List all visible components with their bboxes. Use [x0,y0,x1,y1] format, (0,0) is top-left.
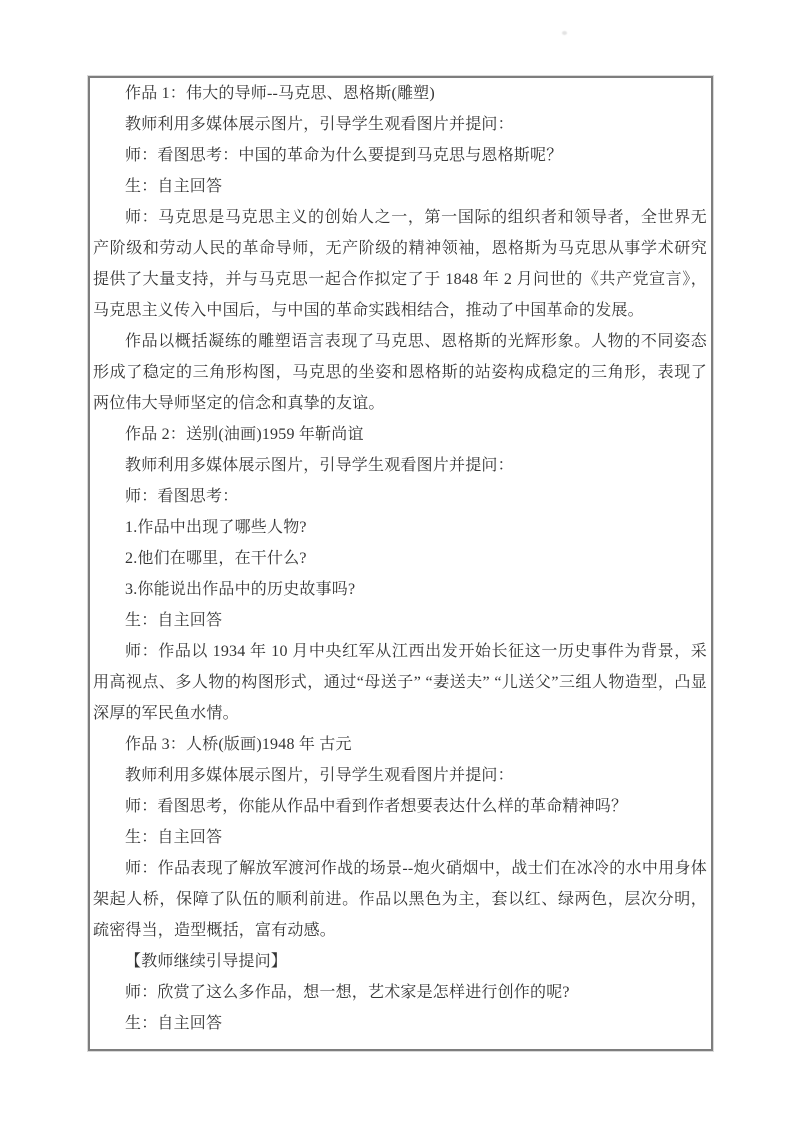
paragraph-student-answer-1: 生：自主回答 [93,171,707,202]
paragraph-teacher-shows-images-1: 教师利用多媒体展示图片，引导学生观看图片并提问： [93,109,707,140]
paragraph-artwork2-title: 作品 2：送别(油画)1959 年靳尚谊 [93,419,707,450]
paragraph-teacher-shows-images-2: 教师利用多媒体展示图片，引导学生观看图片并提问： [93,450,707,481]
paragraph-teacher-explanation-songbie: 师：作品以 1934 年 10 月中央红军从江西出发开始长征这一历史事件为背景，… [93,636,707,729]
paragraph-teacher-question-4: 师：欣赏了这么多作品，想一想，艺术家是怎样进行创作的呢? [93,977,707,1008]
scan-artifact-dot [562,31,567,35]
paragraph-teacher-shows-images-3: 教师利用多媒体展示图片，引导学生观看图片并提问： [93,760,707,791]
paragraph-teacher-explanation-marx: 师：马克思是马克思主义的创始人之一，第一国际的组织者和领导者，全世界无产阶级和劳… [93,202,707,326]
paragraph-teacher-explanation-renqiao: 师：作品表现了解放军渡河作战的场景--炮火硝烟中，战士们在冰冷的水中用身体架起人… [93,853,707,946]
paragraph-artwork1-title: 作品 1：伟大的导师--马克思、恩格斯(雕塑) [93,78,707,109]
paragraph-sculpture-analysis: 作品以概括凝练的雕塑语言表现了马克思、恩格斯的光辉形象。人物的不同姿态形成了稳定… [93,326,707,419]
paragraph-section-header-continue: 【教师继续引导提问】 [93,946,707,977]
paragraph-artwork3-title: 作品 3：人桥(版画)1948 年 古元 [93,729,707,760]
lesson-plan-table-cell: 作品 1：伟大的导师--马克思、恩格斯(雕塑) 教师利用多媒体展示图片，引导学生… [88,76,713,1051]
paragraph-student-answer-2: 生：自主回答 [93,605,707,636]
paragraph-teacher-question-2: 师：看图思考： [93,481,707,512]
paragraph-question-item-3: 3.你能说出作品中的历史故事吗? [93,574,707,605]
paragraph-student-answer-3: 生：自主回答 [93,822,707,853]
paragraph-question-item-1: 1.作品中出现了哪些人物? [93,512,707,543]
paragraph-teacher-question-3: 师：看图思考，你能从作品中看到作者想要表达什么样的革命精神吗？ [93,791,707,822]
scanned-document-page: 作品 1：伟大的导师--马克思、恩格斯(雕塑) 教师利用多媒体展示图片，引导学生… [0,0,800,1132]
paragraph-question-item-2: 2.他们在哪里，在干什么? [93,543,707,574]
paragraph-teacher-question-1: 师：看图思考：中国的革命为什么要提到马克思与恩格斯呢？ [93,140,707,171]
paragraph-student-answer-4: 生：自主回答 [93,1008,707,1039]
